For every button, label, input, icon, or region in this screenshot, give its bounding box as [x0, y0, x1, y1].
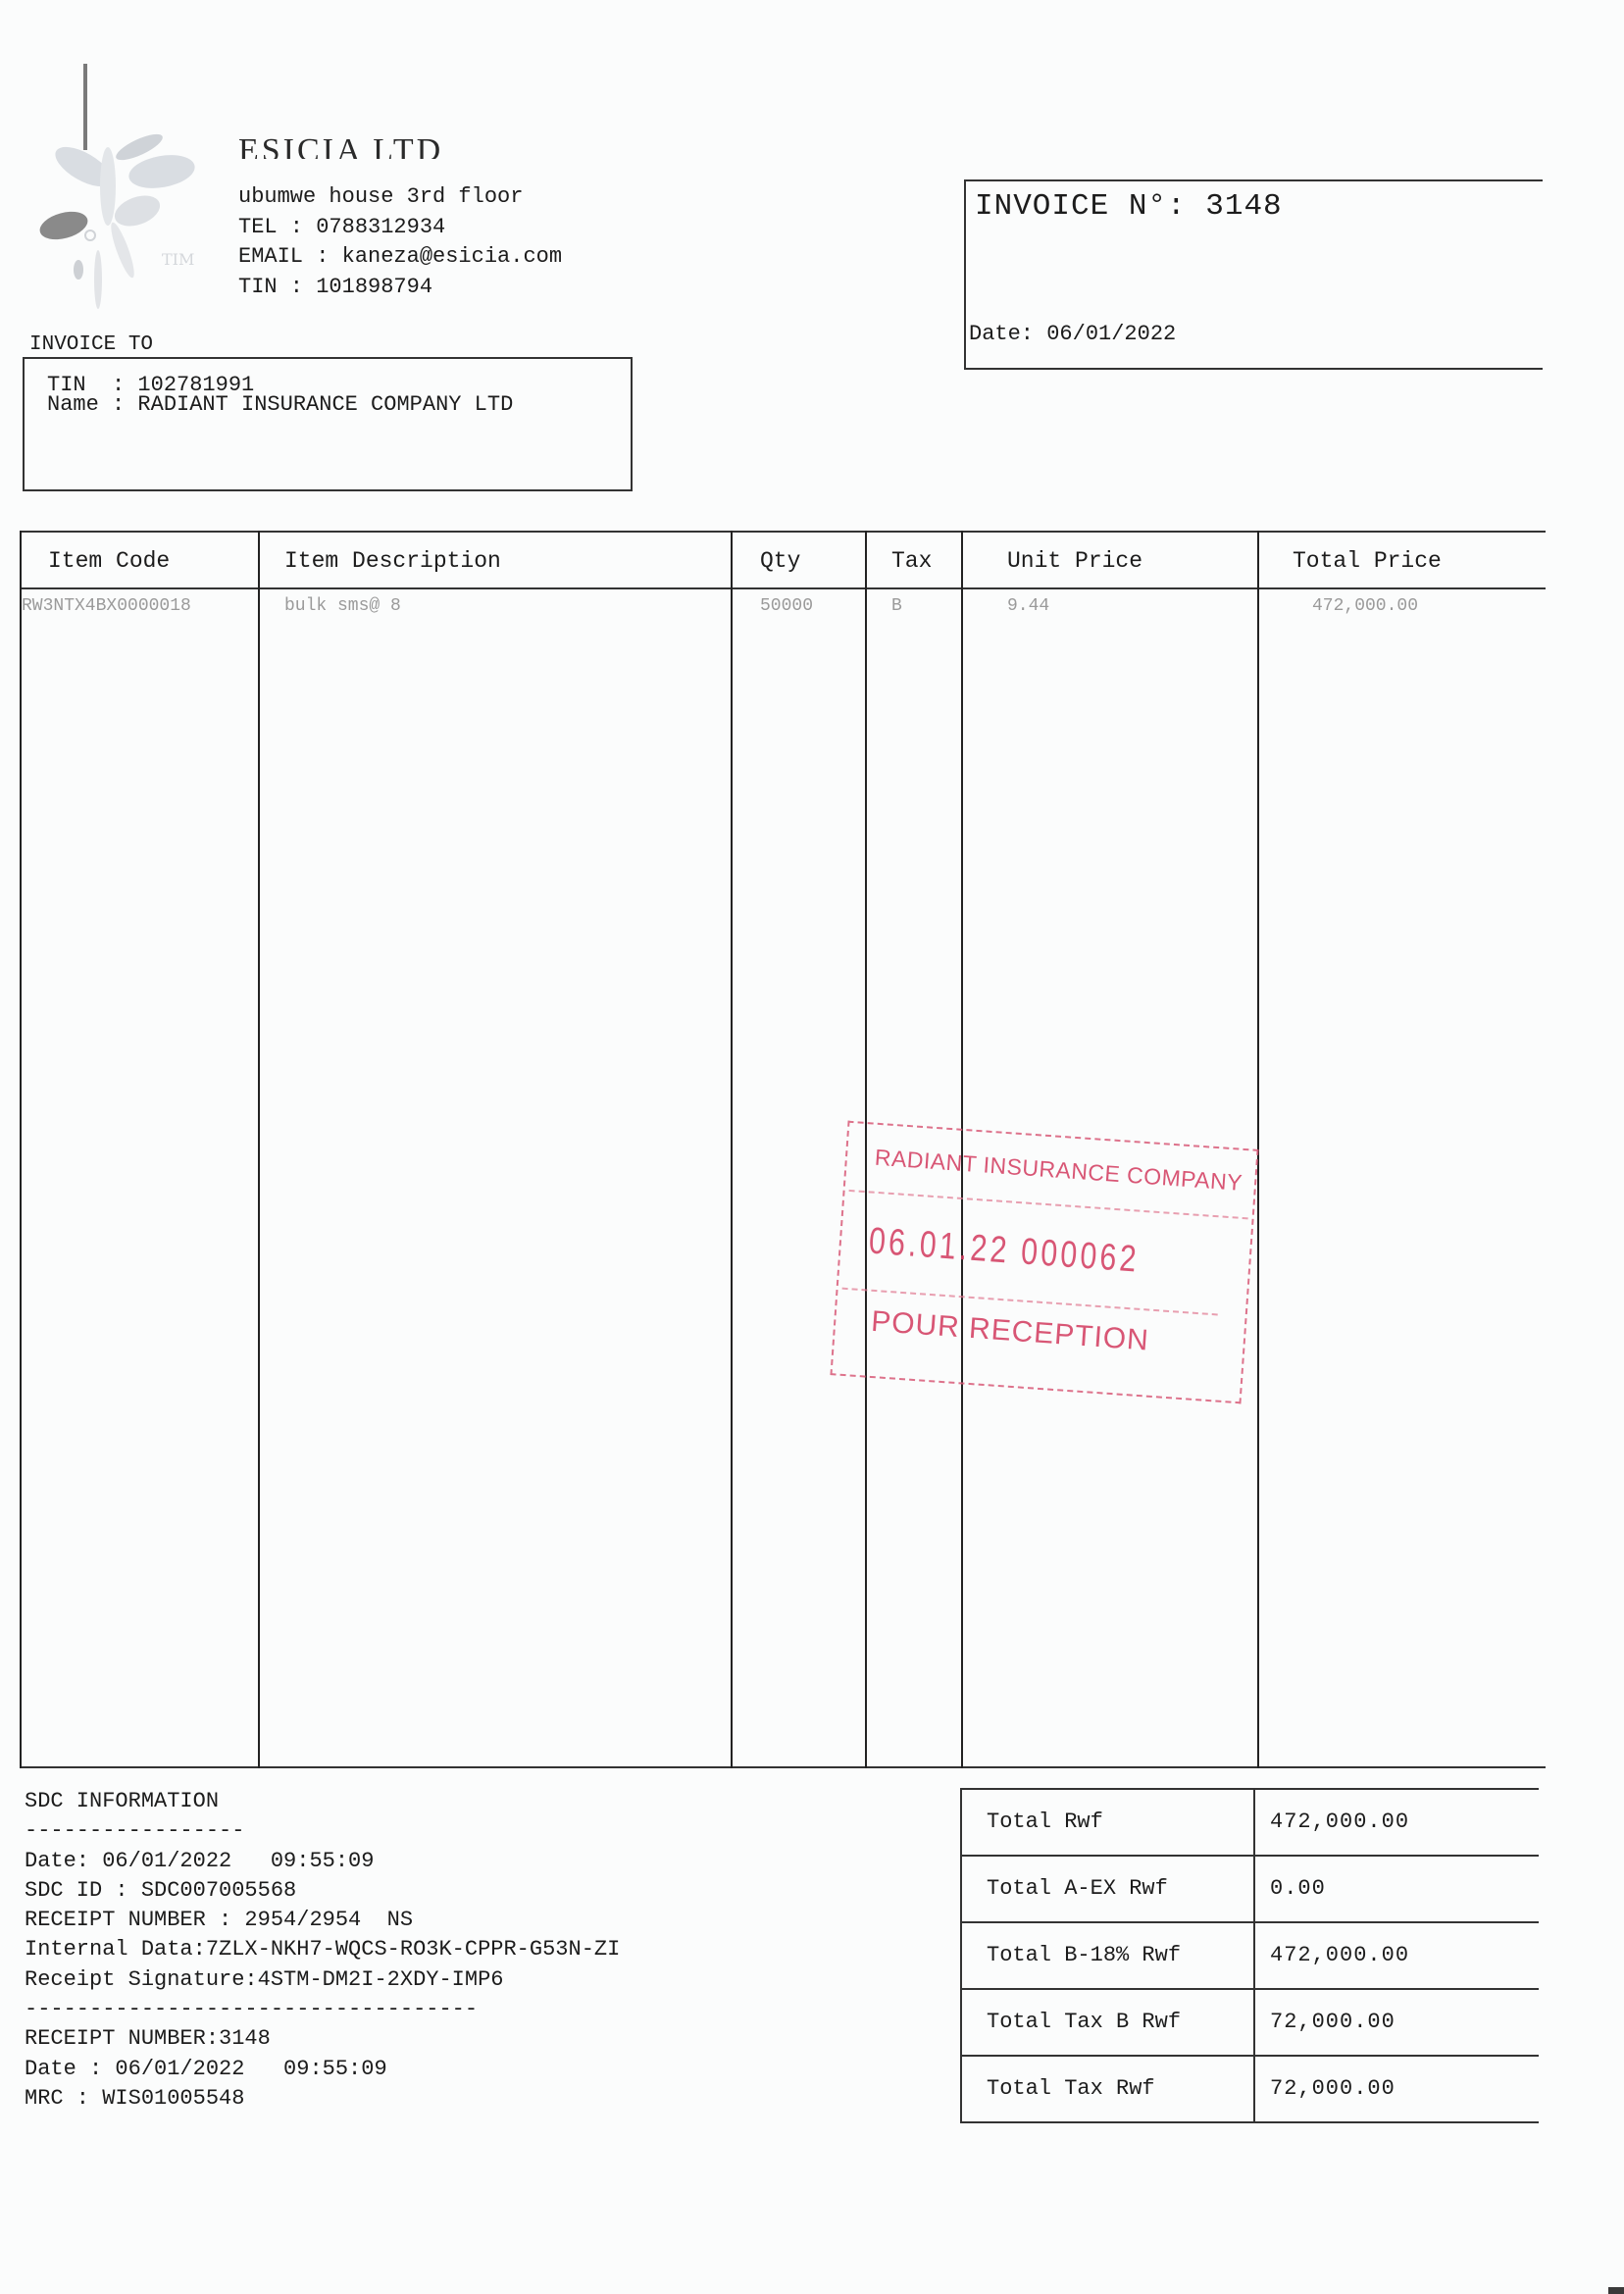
- totals-row: Total Tax B Rwf 72,000.00: [960, 1988, 1539, 2055]
- header-item-code: Item Code: [48, 548, 170, 574]
- header-tax: Tax: [891, 548, 932, 574]
- sdc-receipt-signature: Receipt Signature:4STM-DM2I-2XDY-IMP6: [25, 1965, 620, 1995]
- cell-item-description: bulk sms@ 8: [284, 596, 401, 616]
- total-value: 72,000.00: [1255, 2057, 1539, 2121]
- cell-unit-price: 9.44: [1007, 596, 1049, 616]
- svg-text:TIM: TIM: [162, 250, 194, 269]
- company-address: ubumwe house 3rd floor: [238, 182, 562, 213]
- client-name: Name : RADIANT INSURANCE COMPANY LTD: [47, 395, 513, 415]
- totals-row: Total Tax Rwf 72,000.00: [960, 2055, 1539, 2123]
- table-border-top: [20, 531, 1546, 533]
- receipt-number: RECEIPT NUMBER:3148: [25, 2024, 620, 2054]
- sdc-separator: -----------------------------------: [25, 1995, 620, 2024]
- col-divider: [258, 531, 260, 1768]
- cell-qty: 50000: [760, 596, 813, 616]
- header-unit-price: Unit Price: [1007, 548, 1142, 574]
- company-tin: TIN : 101898794: [238, 273, 562, 303]
- totals-row: Total Rwf 472,000.00: [960, 1788, 1539, 1855]
- table-header-divider: [20, 587, 1546, 589]
- receipt-date: Date : 06/01/2022 09:55:09: [25, 2055, 620, 2084]
- header-qty: Qty: [760, 548, 800, 574]
- sdc-date: Date: 06/01/2022 09:55:09: [25, 1847, 620, 1876]
- scan-mark: [1608, 2287, 1624, 2294]
- items-table: Item Code Item Description Qty Tax Unit …: [20, 531, 1546, 1768]
- sdc-internal-data: Internal Data:7ZLX-NKH7-WQCS-RO3K-CPPR-G…: [25, 1935, 620, 1964]
- mrc: MRC : WIS01005548: [25, 2084, 620, 2114]
- cell-tax: B: [891, 596, 902, 616]
- total-value: 72,000.00: [1255, 1990, 1539, 2055]
- header-item-description: Item Description: [284, 548, 501, 574]
- sdc-title: SDC INFORMATION: [25, 1787, 620, 1816]
- col-divider: [20, 531, 22, 1768]
- table-border-bottom: [20, 1766, 1546, 1768]
- total-value: 472,000.00: [1255, 1790, 1539, 1855]
- invoice-to-details: TIN : 102781991 Name : RADIANT INSURANCE…: [47, 376, 513, 415]
- company-name: ESICIA LTD: [238, 126, 443, 159]
- header-total-price: Total Price: [1293, 548, 1442, 574]
- flower-logo-icon: TIM: [29, 59, 216, 324]
- company-tel: TEL : 0788312934: [238, 213, 562, 243]
- invoice-to-label: INVOICE TO: [29, 333, 153, 356]
- total-label: Total B-18% Rwf: [962, 1923, 1255, 1988]
- company-details: ubumwe house 3rd floor TEL : 0788312934 …: [238, 182, 562, 302]
- sdc-id: SDC ID : SDC007005568: [25, 1876, 620, 1906]
- totals-row: Total B-18% Rwf 472,000.00: [960, 1921, 1539, 1988]
- total-label: Total Tax Rwf: [962, 2057, 1255, 2121]
- cell-total-price: 472,000.00: [1312, 596, 1418, 616]
- invoice-date: Date: 06/01/2022: [969, 322, 1176, 346]
- sdc-information: SDC INFORMATION ----------------- Date: …: [25, 1787, 620, 2114]
- total-label: Total Rwf: [962, 1790, 1255, 1855]
- total-value: 0.00: [1255, 1857, 1539, 1921]
- totals-row: Total A-EX Rwf 0.00: [960, 1855, 1539, 1921]
- reception-stamp: RADIANT INSURANCE COMPANY 06.01.22 00006…: [830, 1121, 1258, 1404]
- total-label: Total Tax B Rwf: [962, 1990, 1255, 2055]
- totals-table: Total Rwf 472,000.00 Total A-EX Rwf 0.00…: [960, 1788, 1539, 2123]
- company-email: EMAIL : kaneza@esicia.com: [238, 242, 562, 273]
- sdc-receipt-number: RECEIPT NUMBER : 2954/2954 NS: [25, 1906, 620, 1935]
- total-label: Total A-EX Rwf: [962, 1857, 1255, 1921]
- cell-item-code: RW3NTX4BX0000018: [22, 596, 191, 616]
- sdc-separator: -----------------: [25, 1816, 620, 1846]
- invoice-number: INVOICE N°: 3148: [975, 189, 1283, 224]
- col-divider: [731, 531, 733, 1768]
- total-value: 472,000.00: [1255, 1923, 1539, 1988]
- company-logo: TIM: [29, 59, 216, 324]
